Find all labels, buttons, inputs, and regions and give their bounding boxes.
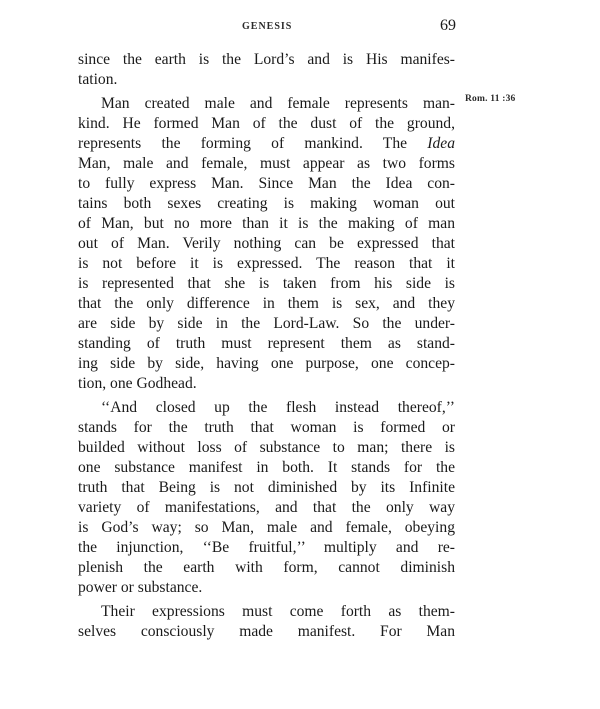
text-line: ing side by side, having one purpose, on… bbox=[78, 354, 455, 374]
paragraph-3: ‘‘And closed up the flesh instead thereo… bbox=[78, 398, 455, 598]
running-head: GENESIS 69 bbox=[78, 17, 456, 37]
text-line: is represented that she is taken from hi… bbox=[78, 274, 455, 294]
text-line: tion, one Godhead. bbox=[78, 374, 455, 394]
text-line: tation. bbox=[78, 70, 455, 90]
text-line: stands for the truth that woman is forme… bbox=[78, 418, 455, 438]
body-text: since the earth is the Lord’s and is His… bbox=[78, 50, 455, 642]
text-line: of Man, but no more than it is the makin… bbox=[78, 214, 455, 234]
text-line: is God’s way; so Man, male and female, o… bbox=[78, 518, 455, 538]
margin-note-scripture-reference: Rom. 11 :36 bbox=[465, 94, 516, 104]
text-line: is not before it is expressed. The reaso… bbox=[78, 254, 455, 274]
text-line: are side by side in the Lord-Law. So the… bbox=[78, 314, 455, 334]
text-line: selves consciously made manifest. For Ma… bbox=[78, 622, 455, 642]
text-line: standing of truth must represent them as… bbox=[78, 334, 455, 354]
text-line: Man created male and female represents m… bbox=[78, 94, 455, 114]
text-line: the injunction, ‘‘Be fruitful,’’ multipl… bbox=[78, 538, 455, 558]
text-line: plenish the earth with form, cannot dimi… bbox=[78, 558, 455, 578]
text-line-with-italic: represents the forming of mankind. The I… bbox=[78, 134, 455, 154]
text-line: variety of manifestations, and that the … bbox=[78, 498, 455, 518]
text-line: truth that Being is not diminished by it… bbox=[78, 478, 455, 498]
running-title: GENESIS bbox=[242, 21, 292, 32]
paragraph-4: Their expressions must come forth as the… bbox=[78, 602, 455, 642]
text-line: tains both sexes creating is making woma… bbox=[78, 194, 455, 214]
text-line: one substance manifest in both. It stand… bbox=[78, 458, 455, 478]
paragraph-1: since the earth is the Lord’s and is His… bbox=[78, 50, 455, 90]
text-line: ‘‘And closed up the flesh instead thereo… bbox=[78, 398, 455, 418]
text-fragment: represents the forming of mankind. The bbox=[78, 135, 427, 152]
text-line: power or substance. bbox=[78, 578, 455, 598]
text-line: kind. He formed Man of the dust of the g… bbox=[78, 114, 455, 134]
text-line: Man, male and female, must appear as two… bbox=[78, 154, 455, 174]
text-line: builded without loss of substance to man… bbox=[78, 438, 455, 458]
page-number: 69 bbox=[440, 17, 456, 35]
italic-word: Idea bbox=[427, 135, 455, 152]
text-line: since the earth is the Lord’s and is His… bbox=[78, 50, 455, 70]
paragraph-2: Man created male and female represents m… bbox=[78, 94, 455, 394]
text-line: that the only difference in them is sex,… bbox=[78, 294, 455, 314]
text-line: Their expressions must come forth as the… bbox=[78, 602, 455, 622]
text-line: out of Man. Verily nothing can be expres… bbox=[78, 234, 455, 254]
text-line: to fully express Man. Since Man the Idea… bbox=[78, 174, 455, 194]
